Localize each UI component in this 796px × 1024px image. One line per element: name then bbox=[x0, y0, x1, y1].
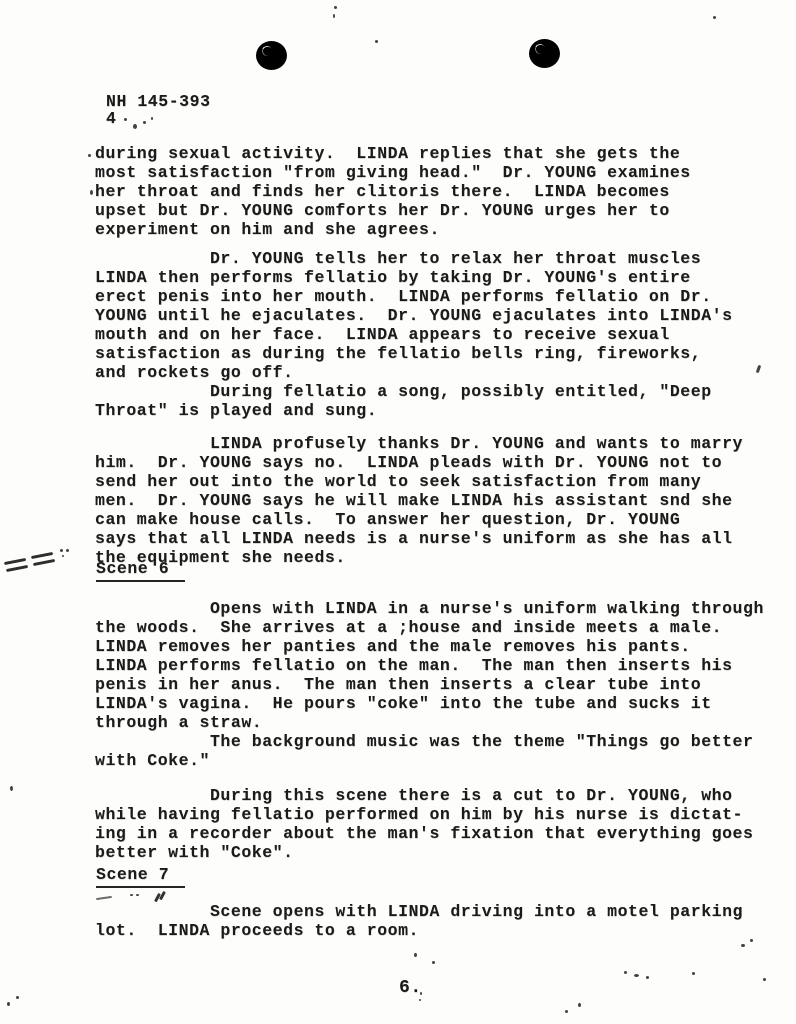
scanned-document-page: NH 145-393 4 during sexual activity. LIN… bbox=[0, 0, 796, 1024]
file-number: NH 145-393 bbox=[106, 92, 211, 111]
body-paragraph: During this scene there is a cut to Dr. … bbox=[95, 786, 753, 862]
scene-7-heading: Scene 7 bbox=[96, 865, 185, 888]
body-paragraph: Dr. YOUNG tells her to relax her throat … bbox=[95, 249, 733, 382]
body-paragraph: during sexual activity. LINDA replies th… bbox=[95, 144, 691, 239]
body-paragraph: The background music was the theme "Thin… bbox=[95, 732, 753, 770]
scene-6-heading: Scene 6 bbox=[96, 559, 185, 582]
page-number-top: 4 bbox=[106, 109, 116, 128]
body-paragraph: Scene opens with LINDA driving into a mo… bbox=[95, 902, 743, 940]
body-paragraph: LINDA profusely thanks Dr. YOUNG and wan… bbox=[95, 434, 743, 567]
hole-punch-mark bbox=[256, 41, 287, 70]
hole-punch-mark bbox=[529, 39, 560, 68]
page-number-bottom: 6. bbox=[399, 979, 422, 998]
body-paragraph: Opens with LINDA in a nurse's uniform wa… bbox=[95, 599, 764, 732]
body-paragraph: During fellatio a song, possibly entitle… bbox=[95, 382, 712, 420]
